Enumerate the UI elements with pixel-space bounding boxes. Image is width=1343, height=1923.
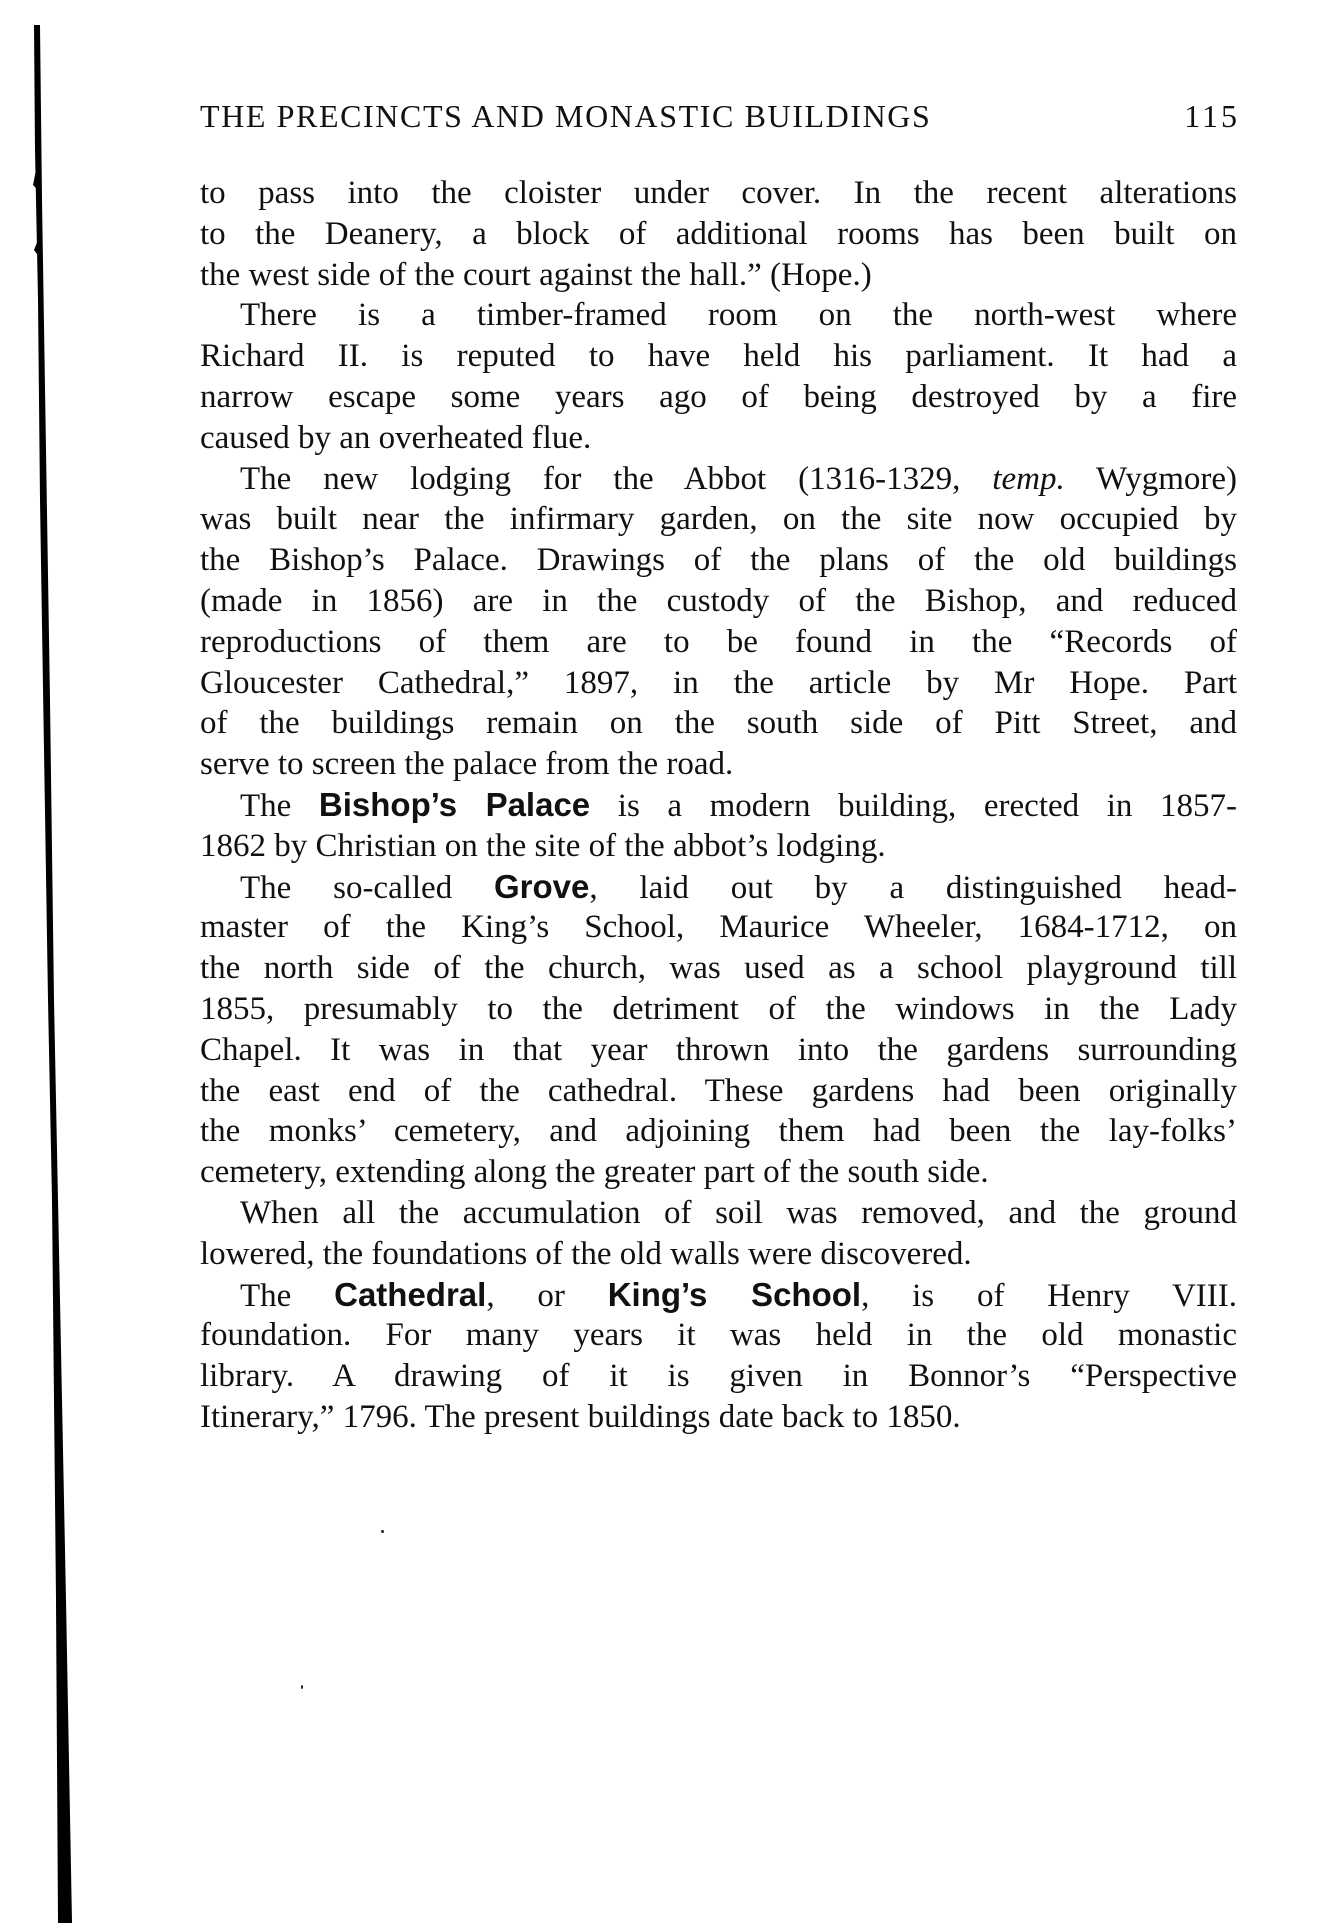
text-line: 1855, presumably to the detriment of the… [200, 989, 1237, 1030]
text-run: The [240, 788, 319, 824]
chapter-title: THE PRECINCTS AND MONASTIC BUILDINGS [200, 98, 931, 135]
text-run: The new lodging for the Abbot (1316-1329… [240, 461, 992, 497]
text-line: the west side of the court against the h… [200, 255, 1237, 296]
text-run: , is of Henry VIII. [861, 1278, 1237, 1314]
text-line: the Bishop’s Palace. Drawings of the pla… [200, 540, 1237, 581]
text-run: The [240, 1278, 334, 1314]
text-run: The so-called [240, 870, 494, 906]
text-line: (made in 1856) are in the custody of the… [200, 581, 1237, 622]
body-text: to pass into the cloister under cover. I… [200, 173, 1237, 1438]
paragraph-2: There is a timber-framed room on the nor… [200, 295, 1237, 458]
text-line: cemetery, extending along the greater pa… [200, 1152, 1237, 1193]
paragraph-3: The new lodging for the Abbot (1316-1329… [200, 459, 1237, 785]
text-line: 1862 by Christian on the site of the abb… [200, 826, 1237, 867]
text-line: of the buildings remain on the south sid… [200, 703, 1237, 744]
text-line: Richard II. is reputed to have held his … [200, 336, 1237, 377]
text-run: is a modern building, erected in 1857- [590, 788, 1237, 824]
text-line: caused by an overheated flue. [200, 418, 1237, 459]
text-line: There is a timber-framed room on the nor… [200, 295, 1237, 336]
paragraph-4: The Bishop’s Palace is a modern building… [200, 785, 1237, 867]
scan-speck [301, 1685, 303, 1689]
text-run: , laid out by a distinguished head- [589, 870, 1237, 906]
text-line: The Bishop’s Palace is a modern building… [200, 785, 1237, 826]
text-line: the east end of the cathedral. These gar… [200, 1071, 1237, 1112]
text-line: Itinerary,” 1796. The present buildings … [200, 1397, 1237, 1438]
text-line: the monks’ cemetery, and adjoining them … [200, 1111, 1237, 1152]
text-line: the north side of the church, was used a… [200, 948, 1237, 989]
paragraph-7: The Cathedral, or King’s School, is of H… [200, 1275, 1237, 1438]
bold-term: Bishop’s Palace [319, 786, 590, 823]
book-page: THE PRECINCTS AND MONASTIC BUILDINGS 115… [0, 0, 1343, 1923]
paragraph-6: When all the accumulation of soil was re… [200, 1193, 1237, 1275]
text-line: was built near the infirmary garden, on … [200, 499, 1237, 540]
text-line: foundation. For many years it was held i… [200, 1315, 1237, 1356]
italic-term: temp. [992, 461, 1064, 497]
text-run: , or [486, 1278, 607, 1314]
text-line: The Cathedral, or King’s School, is of H… [200, 1275, 1237, 1316]
text-line: reproductions of them are to be found in… [200, 622, 1237, 663]
text-line: When all the accumulation of soil was re… [200, 1193, 1237, 1234]
paragraph-5: The so-called Grove, laid out by a disti… [200, 867, 1237, 1193]
bold-term: Cathedral [334, 1276, 486, 1313]
page-gutter-edge [0, 0, 120, 1923]
text-line: Chapel. It was in that year thrown into … [200, 1030, 1237, 1071]
bold-term: King’s School [608, 1276, 861, 1313]
text-line: The new lodging for the Abbot (1316-1329… [200, 459, 1237, 500]
text-line: serve to screen the palace from the road… [200, 744, 1237, 785]
text-line: The so-called Grove, laid out by a disti… [200, 867, 1237, 908]
text-line: library. A drawing of it is given in Bon… [200, 1356, 1237, 1397]
text-line: lowered, the foundations of the old wall… [200, 1234, 1237, 1275]
running-head: THE PRECINCTS AND MONASTIC BUILDINGS 115 [200, 98, 1240, 135]
page-number: 115 [1184, 98, 1240, 135]
scan-speck [381, 1530, 384, 1533]
text-line: to pass into the cloister under cover. I… [200, 173, 1237, 214]
text-line: master of the King’s School, Maurice Whe… [200, 907, 1237, 948]
text-line: Gloucester Cathedral,” 1897, in the arti… [200, 663, 1237, 704]
text-run: Wygmore) [1065, 461, 1237, 497]
text-line: narrow escape some years ago of being de… [200, 377, 1237, 418]
paragraph-1: to pass into the cloister under cover. I… [200, 173, 1237, 295]
bold-term: Grove [494, 868, 589, 905]
text-line: to the Deanery, a block of additional ro… [200, 214, 1237, 255]
